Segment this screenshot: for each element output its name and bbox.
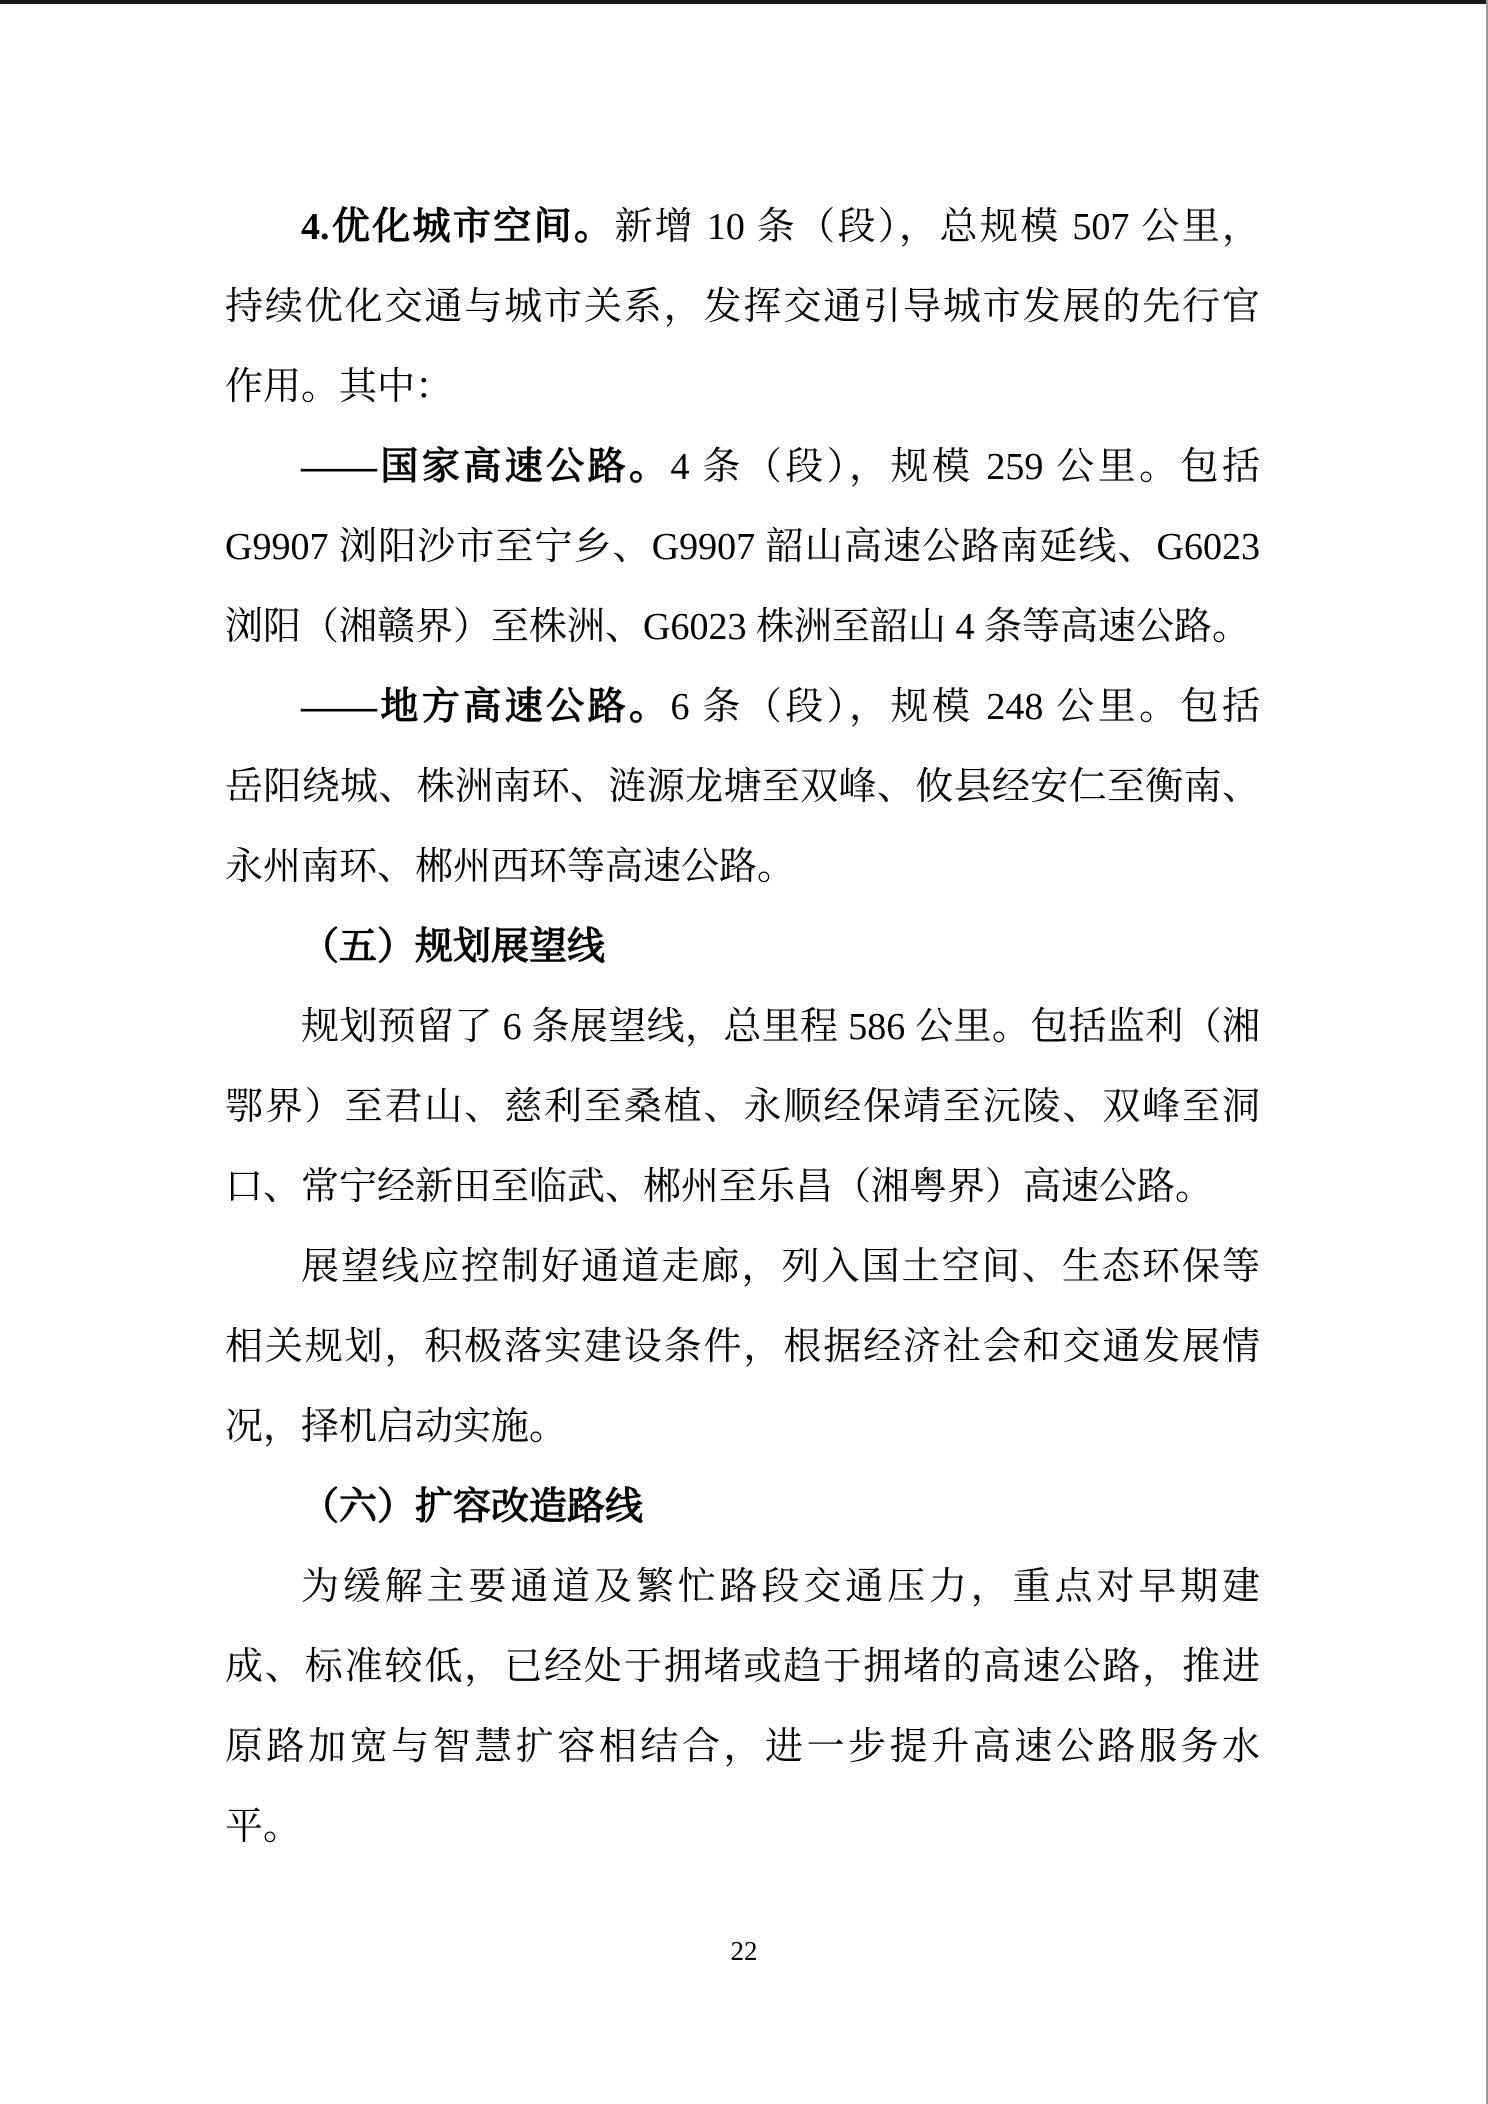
document-page: { "document": { "page_number": "22", "li… (0, 0, 1488, 2104)
bold-text-segment: （五）规划展望线 (301, 926, 605, 968)
text-segment: 4 条（段），规模 259 公里。包括 (670, 446, 1260, 488)
bold-text-segment: ——国家高速公路。 (301, 446, 670, 488)
text-line: 况，择机启动实施。 (225, 1387, 1260, 1467)
text-line: 永州南环、郴州西环等高速公路。 (225, 827, 1260, 907)
text-segment: 相关规划，积极落实建设条件，根据经济社会和交通发展情 (225, 1326, 1260, 1368)
text-segment: 展望线应控制好通道走廊，列入国土空间、生态环保等 (301, 1246, 1260, 1288)
text-line: 鄂界）至君山、慈利至桑植、永顺经保靖至沅陵、双峰至洞 (225, 1067, 1260, 1147)
text-segment: 为缓解主要通道及繁忙路段交通压力，重点对早期建 (301, 1566, 1260, 1608)
text-line: 原路加宽与智慧扩容相结合，进一步提升高速公路服务水 (225, 1707, 1260, 1787)
text-line: 展望线应控制好通道走廊，列入国土空间、生态环保等 (225, 1227, 1260, 1307)
text-line: 为缓解主要通道及繁忙路段交通压力，重点对早期建 (225, 1547, 1260, 1627)
text-line: 规划预留了 6 条展望线，总里程 586 公里。包括监利（湘 (225, 987, 1260, 1067)
text-segment: 持续优化交通与城市关系，发挥交通引导城市发展的先行官 (225, 286, 1260, 328)
text-segment: G9907 浏阳沙市至宁乡、G9907 韶山高速公路南延线、G6023 (225, 526, 1260, 568)
text-line: 成、标准较低，已经处于拥堵或趋于拥堵的高速公路，推进 (225, 1627, 1260, 1707)
page-top-border (0, 0, 1488, 4)
text-segment: 口、常宁经新田至临武、郴州至乐昌（湘粤界）高速公路。 (225, 1166, 1213, 1208)
text-segment: 6 条（段），规模 248 公里。包括 (670, 686, 1260, 728)
text-segment: 平。 (225, 1806, 301, 1848)
text-line: 浏阳（湘赣界）至株洲、G6023 株洲至韶山 4 条等高速公路。 (225, 587, 1260, 667)
page-footer: 22 (0, 1936, 1488, 1966)
bold-text-segment: 4.优化城市空间。 (301, 206, 614, 248)
text-line: 口、常宁经新田至临武、郴州至乐昌（湘粤界）高速公路。 (225, 1147, 1260, 1227)
text-line: 持续优化交通与城市关系，发挥交通引导城市发展的先行官 (225, 267, 1260, 347)
text-line: ——国家高速公路。4 条（段），规模 259 公里。包括 (225, 427, 1260, 507)
text-segment: 况，择机启动实施。 (225, 1406, 567, 1448)
text-segment: 鄂界）至君山、慈利至桑植、永顺经保靖至沅陵、双峰至洞 (225, 1086, 1260, 1128)
text-segment: 成、标准较低，已经处于拥堵或趋于拥堵的高速公路，推进 (225, 1646, 1260, 1688)
text-line: 4.优化城市空间。新增 10 条（段），总规模 507 公里， (225, 187, 1260, 267)
text-line: 平。 (225, 1787, 1260, 1867)
text-segment: 规划预留了 6 条展望线，总里程 586 公里。包括监利（湘 (301, 1006, 1260, 1048)
text-line: （五）规划展望线 (225, 907, 1260, 987)
text-segment: 岳阳绕城、株洲南环、涟源龙塘至双峰、攸县经安仁至衡南、 (225, 766, 1260, 808)
text-segment: 浏阳（湘赣界）至株洲、G6023 株洲至韶山 4 条等高速公路。 (225, 606, 1250, 648)
bold-text-segment: （六）扩容改造路线 (301, 1486, 643, 1528)
page-number: 22 (731, 1936, 758, 1966)
text-line: G9907 浏阳沙市至宁乡、G9907 韶山高速公路南延线、G6023 (225, 507, 1260, 587)
document-body: 4.优化城市空间。新增 10 条（段），总规模 507 公里，持续优化交通与城市… (225, 187, 1260, 1867)
text-segment: 原路加宽与智慧扩容相结合，进一步提升高速公路服务水 (225, 1726, 1260, 1768)
text-segment: 作用。其中： (225, 366, 453, 408)
bold-text-segment: ——地方高速公路。 (301, 686, 670, 728)
text-segment: 永州南环、郴州西环等高速公路。 (225, 846, 795, 888)
text-line: （六）扩容改造路线 (225, 1467, 1260, 1547)
text-line: 岳阳绕城、株洲南环、涟源龙塘至双峰、攸县经安仁至衡南、 (225, 747, 1260, 827)
text-line: ——地方高速公路。6 条（段），规模 248 公里。包括 (225, 667, 1260, 747)
text-line: 作用。其中： (225, 347, 1260, 427)
text-line: 相关规划，积极落实建设条件，根据经济社会和交通发展情 (225, 1307, 1260, 1387)
text-segment: 新增 10 条（段），总规模 507 公里， (614, 206, 1260, 248)
